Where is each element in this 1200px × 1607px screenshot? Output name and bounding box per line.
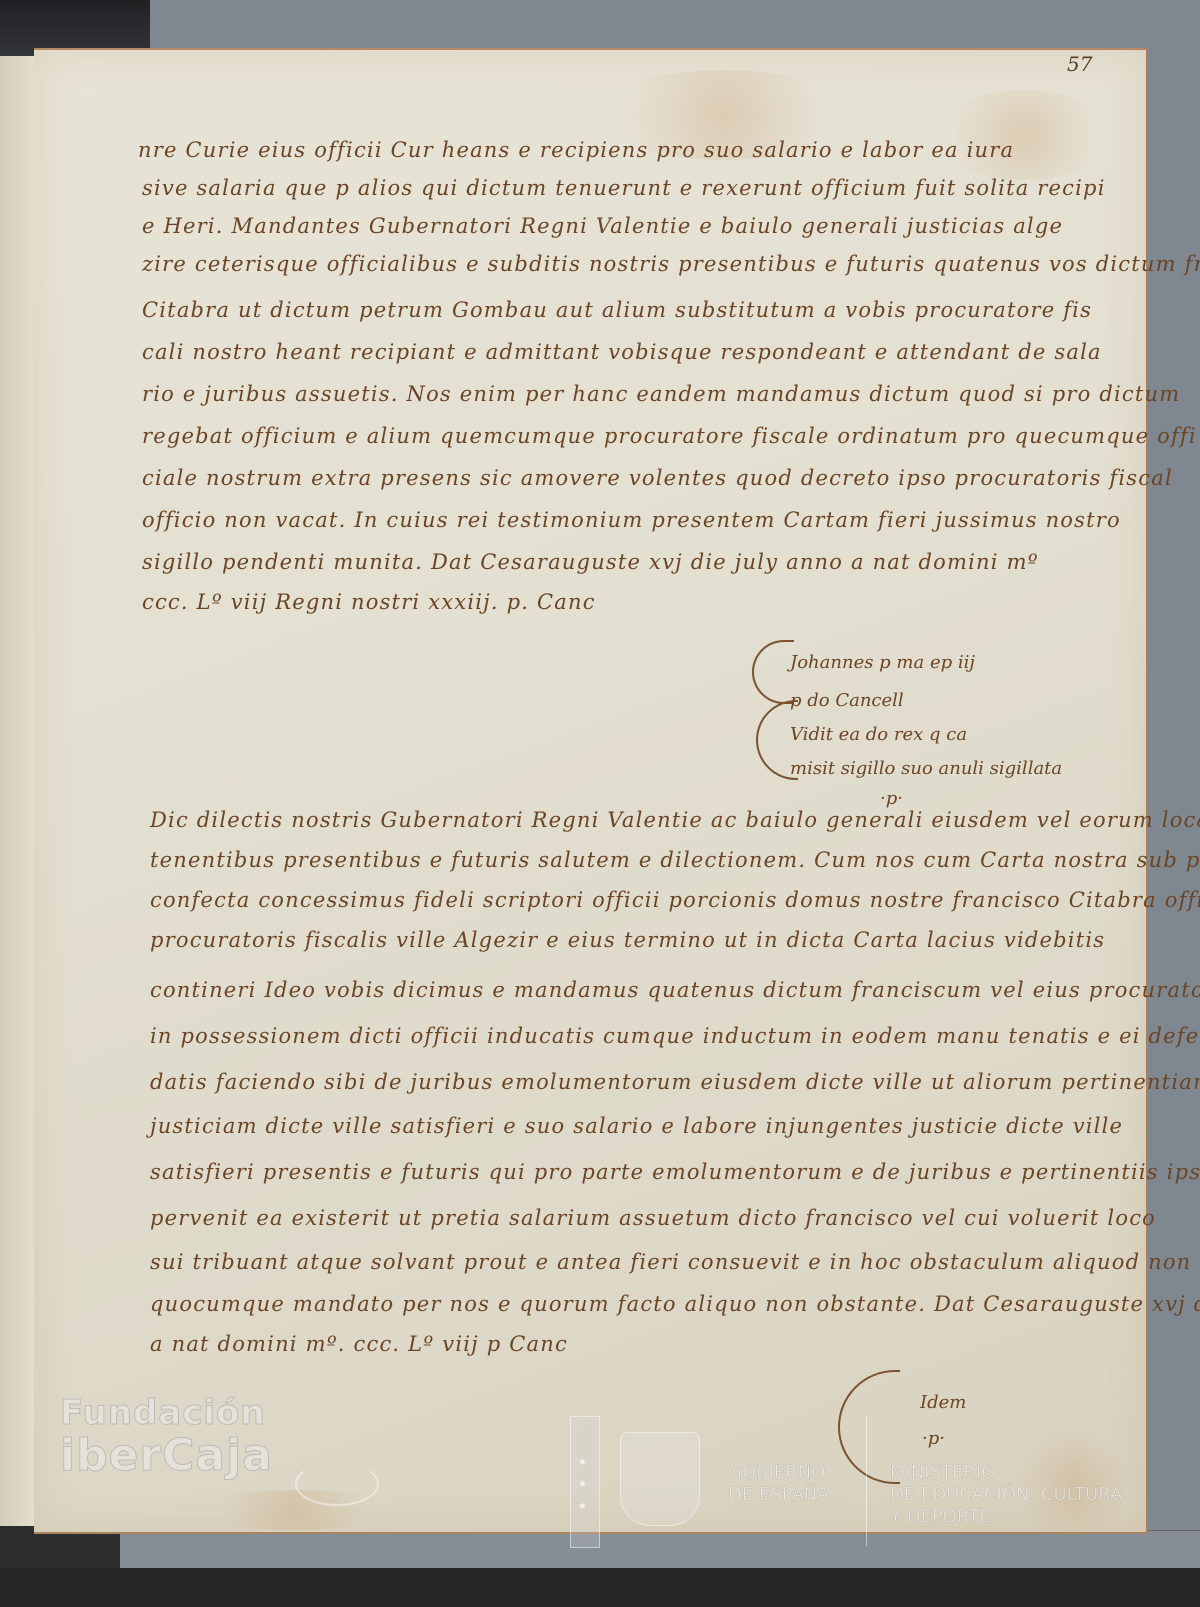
signature-line: Johannes p ma ep iij bbox=[790, 652, 975, 673]
spain-flag-bar-icon: ★ ★ ★ bbox=[570, 1416, 600, 1548]
manuscript-line: procuratoris fiscalis ville Algezir e ei… bbox=[150, 928, 1105, 952]
manuscript-line: in possessionem dicti officii inducatis … bbox=[150, 1024, 1200, 1048]
manuscript-line: Dic dilectis nostris Gubernatori Regni V… bbox=[150, 808, 1200, 832]
signature-line: Idem bbox=[920, 1392, 966, 1413]
signature-line: ·p· bbox=[922, 1428, 945, 1449]
manuscript-line: justiciam dicte ville satisfieri e suo s… bbox=[150, 1114, 1123, 1138]
star-icon: ★ bbox=[578, 1501, 587, 1512]
manuscript-line: e Heri. Mandantes Gubernatori Regni Vale… bbox=[142, 214, 1063, 238]
manuscript-line: rio e juribus assuetis. Nos enim per han… bbox=[142, 382, 1180, 406]
watermark-text: Fundación bbox=[60, 1393, 266, 1433]
watermark-text: iberCaja bbox=[60, 1430, 273, 1481]
signature-line: misit sigillo suo anuli sigillata bbox=[790, 758, 1062, 779]
facing-page-edge bbox=[0, 56, 36, 1526]
manuscript-line: cali nostro heant recipiant e admittant … bbox=[142, 340, 1102, 364]
manuscript-line: sui tribuant atque solvant prout e antea… bbox=[150, 1250, 1200, 1274]
signature-line: ·p· bbox=[880, 788, 903, 809]
scan-scene: 57 nre Curie eius officii Cur heans e re… bbox=[0, 0, 1200, 1607]
mat-lower-edge bbox=[120, 1530, 1200, 1569]
manuscript-line: ccc. Lº viij Regni nostri xxxiij. p. Can… bbox=[142, 590, 596, 614]
folio-number: 57 bbox=[1067, 52, 1092, 76]
manuscript-line: sigillo pendenti munita. Dat Cesaraugust… bbox=[142, 550, 1039, 574]
manuscript-line: quocumque mandato per nos e quorum facto… bbox=[150, 1292, 1200, 1316]
manuscript-line: satisfieri presentis e futuris qui pro p… bbox=[150, 1160, 1200, 1184]
foxing-stain bbox=[934, 90, 1114, 180]
watermark-text: GOBIERNO bbox=[728, 1462, 825, 1484]
manuscript-line: zire ceterisque officialibus e subditis … bbox=[142, 252, 1200, 276]
manuscript-line: tenentibus presentibus e futuris salutem… bbox=[150, 848, 1200, 872]
manuscript-line: Citabra ut dictum petrum Gombau aut aliu… bbox=[142, 298, 1092, 322]
manuscript-line: regebat officium e alium quemcumque proc… bbox=[142, 424, 1197, 448]
watermark-text: MINISTERIO bbox=[890, 1462, 995, 1484]
manuscript-line: datis faciendo sibi de juribus emolument… bbox=[150, 1070, 1200, 1094]
manuscript-line: a nat domini mº. ccc. Lº viij p Canc bbox=[150, 1332, 568, 1356]
ibercaja-logo-icon bbox=[295, 1462, 379, 1506]
manuscript-line: confecta concessimus fideli scriptori of… bbox=[150, 888, 1200, 912]
star-icon: ★ bbox=[578, 1479, 587, 1490]
manuscript-line: contineri Ideo vobis dicimus e mandamus … bbox=[150, 978, 1200, 1002]
signature-line: p do Cancell bbox=[790, 690, 904, 711]
signature-line: Vidit ea do rex q ca bbox=[790, 724, 967, 745]
watermark-text: Y DEPORTE bbox=[890, 1506, 991, 1528]
watermark-text: DE ESPAÑA bbox=[728, 1484, 830, 1506]
watermark-divider bbox=[866, 1416, 867, 1546]
watermark-text: DE EDUCACIÓN, CULTURA bbox=[890, 1484, 1122, 1506]
table-surface bbox=[0, 1568, 1200, 1607]
manuscript-line: officio non vacat. In cuius rei testimon… bbox=[142, 508, 1121, 532]
manuscript-line: pervenit ea existerit ut pretia salarium… bbox=[150, 1206, 1156, 1230]
manuscript-line: nre Curie eius officii Cur heans e recip… bbox=[138, 138, 1014, 162]
manuscript-line: sive salaria que p alios qui dictum tenu… bbox=[142, 176, 1106, 200]
star-icon: ★ bbox=[578, 1457, 587, 1468]
manuscript-line: ciale nostrum extra presens sic amovere … bbox=[142, 466, 1173, 490]
coat-of-arms-icon bbox=[620, 1432, 700, 1526]
